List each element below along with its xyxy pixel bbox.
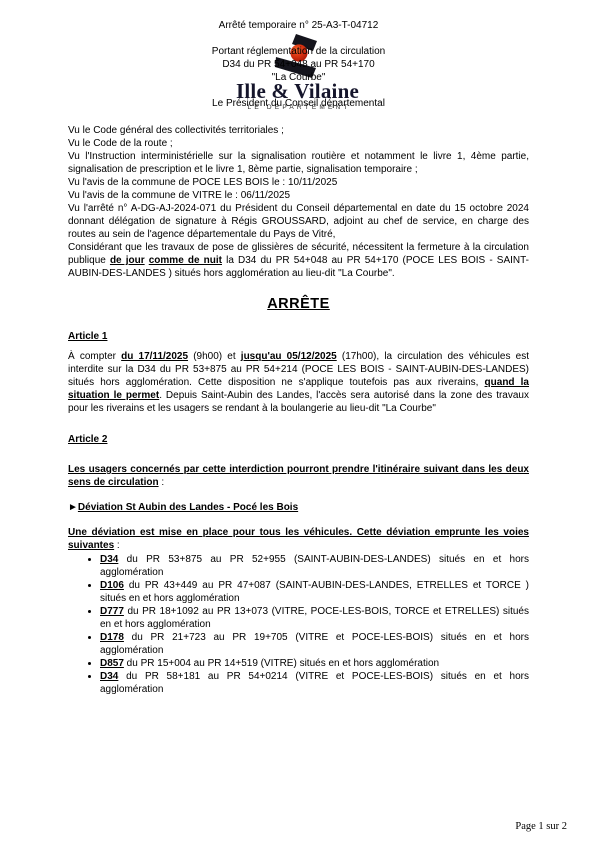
route-code: D34 (100, 554, 118, 565)
body-text: : (159, 477, 165, 488)
route-item: D777 du PR 18+1092 au PR 13+073 (VITRE, … (100, 605, 529, 631)
route-code: D178 (100, 632, 124, 643)
route-description: du PR 15+004 au PR 14+519 (VITRE) situés… (124, 658, 439, 669)
body-text: Vu l'avis de la commune de VITRE le : 06… (68, 190, 290, 201)
route-description: du PR 58+181 au PR 54+0214 (VITRE et POC… (100, 671, 529, 695)
body-text: Vu l'Instruction interministérielle sur … (68, 151, 529, 175)
emphasized-text: Une déviation est mise en place pour tou… (68, 527, 529, 551)
body-text: ► (68, 502, 78, 513)
issuer-line: Le Président du Conseil départemental (68, 97, 529, 110)
document-content: Arrêté temporaire n° 25-A3-T-04712 Porta… (68, 0, 529, 696)
deviation-title: ►Déviation St Aubin des Landes - Pocé le… (68, 501, 529, 514)
route-description: du PR 43+449 au PR 47+087 (SAINT-AUBIN-D… (100, 580, 529, 604)
subject-line-3: "La Courbe" (68, 71, 529, 84)
emphasized-text: jusqu'au 05/12/2025 (241, 351, 337, 362)
spacer (68, 84, 529, 97)
emphasized-text: de jour (110, 255, 145, 266)
article2-heading: Article 2 (68, 433, 529, 446)
body-text: (9h00) et (188, 351, 241, 362)
emphasized-text: comme de nuit (149, 255, 222, 266)
route-code: D34 (100, 671, 118, 682)
route-intro: Une déviation est mise en place pour tou… (68, 526, 529, 552)
article1-heading: Article 1 (68, 330, 529, 343)
preamble-clause: Vu l'avis de la commune de POCE LES BOIS… (68, 176, 529, 189)
preamble: Vu le Code général des collectivités ter… (68, 124, 529, 280)
emphasized-text: Déviation St Aubin des Landes - Pocé les… (78, 502, 298, 513)
subject-line-2: D34 du PR 54+048 au PR 54+170 (68, 58, 529, 71)
preamble-clause: Vu l'Instruction interministérielle sur … (68, 150, 529, 176)
itinerary-intro: Les usagers concernés par cette interdic… (68, 463, 529, 489)
doc-number: Arrêté temporaire n° 25-A3-T-04712 (68, 19, 529, 32)
route-item: D34 du PR 58+181 au PR 54+0214 (VITRE et… (100, 670, 529, 696)
body-text: À compter (68, 351, 121, 362)
route-code: D857 (100, 658, 124, 669)
route-description: du PR 18+1092 au PR 13+073 (VITRE, POCE-… (100, 606, 529, 630)
article1-paragraph: À compter du 17/11/2025 (9h00) et jusqu'… (68, 350, 529, 415)
spacer (68, 32, 529, 45)
route-description: du PR 21+723 au PR 19+705 (VITRE et POCE… (100, 632, 529, 656)
preamble-clause: Considérant que les travaux de pose de g… (68, 241, 529, 280)
preamble-clause: Vu l'arrêté n° A-DG-AJ-2024-071 du Prési… (68, 202, 529, 241)
subject-line-1: Portant réglementation de la circulation (68, 45, 529, 58)
route-code: D106 (100, 580, 124, 591)
body-text: Vu le Code de la route ; (68, 138, 173, 149)
route-item: D178 du PR 21+723 au PR 19+705 (VITRE et… (100, 631, 529, 657)
emphasized-text: du 17/11/2025 (121, 351, 188, 362)
preamble-clause: Vu le Code de la route ; (68, 137, 529, 150)
body-text: Vu l'avis de la commune de POCE LES BOIS… (68, 177, 337, 188)
preamble-clause: Vu l'avis de la commune de VITRE le : 06… (68, 189, 529, 202)
body-text: Vu le Code général des collectivités ter… (68, 125, 284, 136)
title-block: Arrêté temporaire n° 25-A3-T-04712 Porta… (68, 19, 529, 110)
body-text: Vu l'arrêté n° A-DG-AJ-2024-071 du Prési… (68, 203, 529, 240)
route-item: D857 du PR 15+004 au PR 14+519 (VITRE) s… (100, 657, 529, 670)
emphasized-text: Les usagers concernés par cette interdic… (68, 464, 529, 488)
preamble-clause: Vu le Code général des collectivités ter… (68, 124, 529, 137)
page-number: Page 1 sur 2 (515, 821, 567, 832)
route-code: D777 (100, 606, 124, 617)
arrete-heading: ARRÊTE (68, 296, 529, 312)
route-description: du PR 53+875 au PR 52+955 (SAINT-AUBIN-D… (100, 554, 529, 578)
document-page: Ille & Vilaine LE DÉPARTEMENT Arrêté tem… (0, 0, 595, 842)
route-item: D34 du PR 53+875 au PR 52+955 (SAINT-AUB… (100, 553, 529, 579)
route-list: D34 du PR 53+875 au PR 52+955 (SAINT-AUB… (68, 553, 529, 696)
route-item: D106 du PR 43+449 au PR 47+087 (SAINT-AU… (100, 579, 529, 605)
body-text: : (114, 540, 120, 551)
